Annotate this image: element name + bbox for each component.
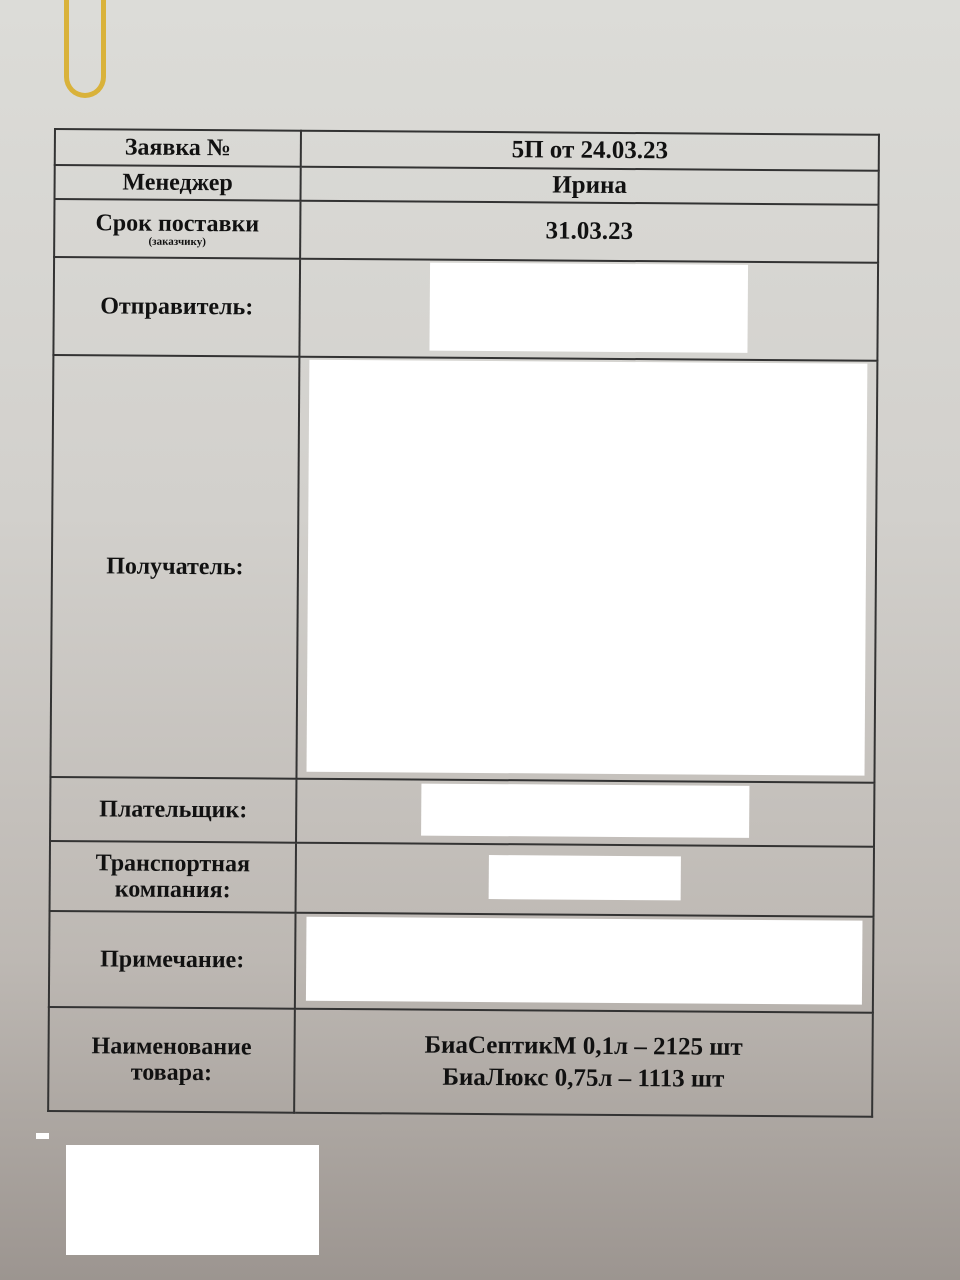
recipient-label: Получатель: [50,355,299,779]
order-form-table: Заявка № 5П от 24.03.23 Менеджер Ирина С… [47,128,880,1118]
recipient-redaction [307,359,868,775]
product-item: БиаЛюкс 0,75л – 1113 шт [299,1061,867,1097]
sender-value-cell [299,259,878,361]
manager-label: Менеджер [55,165,301,201]
delivery-date-sublabel: (заказчику) [59,236,295,249]
product-list: БиаСептикМ 0,1л – 2125 шт БиаЛюкс 0,75л … [294,1009,873,1117]
note-label: Примечание: [49,911,296,1009]
order-number-value: 5П от 24.03.23 [301,131,879,171]
product-item: БиаСептикМ 0,1л – 2125 шт [299,1029,867,1065]
delivery-date-label-cell: Срок поставки (заказчику) [54,199,300,259]
paperclip [64,0,106,98]
payer-redaction [421,783,749,837]
redaction-mark [36,1133,49,1139]
transport-company-redaction [489,855,681,900]
signature-redaction [66,1145,319,1255]
delivery-date-label: Срок поставки [95,210,259,237]
recipient-value-cell [296,357,877,783]
delivery-date-value: 31.03.23 [300,201,878,263]
note-value-cell [295,913,874,1013]
sender-label: Отправитель: [53,257,300,357]
transport-company-value-cell [296,843,874,917]
sender-redaction [429,262,748,352]
order-number-label: Заявка № [55,129,301,167]
note-redaction [306,916,863,1004]
manager-value: Ирина [300,167,878,205]
transport-company-label: Транспортная компания: [50,841,296,913]
payer-value-cell [296,779,874,847]
payer-label: Плательщик: [50,777,296,843]
product-name-label: Наименование товара: [48,1007,295,1113]
